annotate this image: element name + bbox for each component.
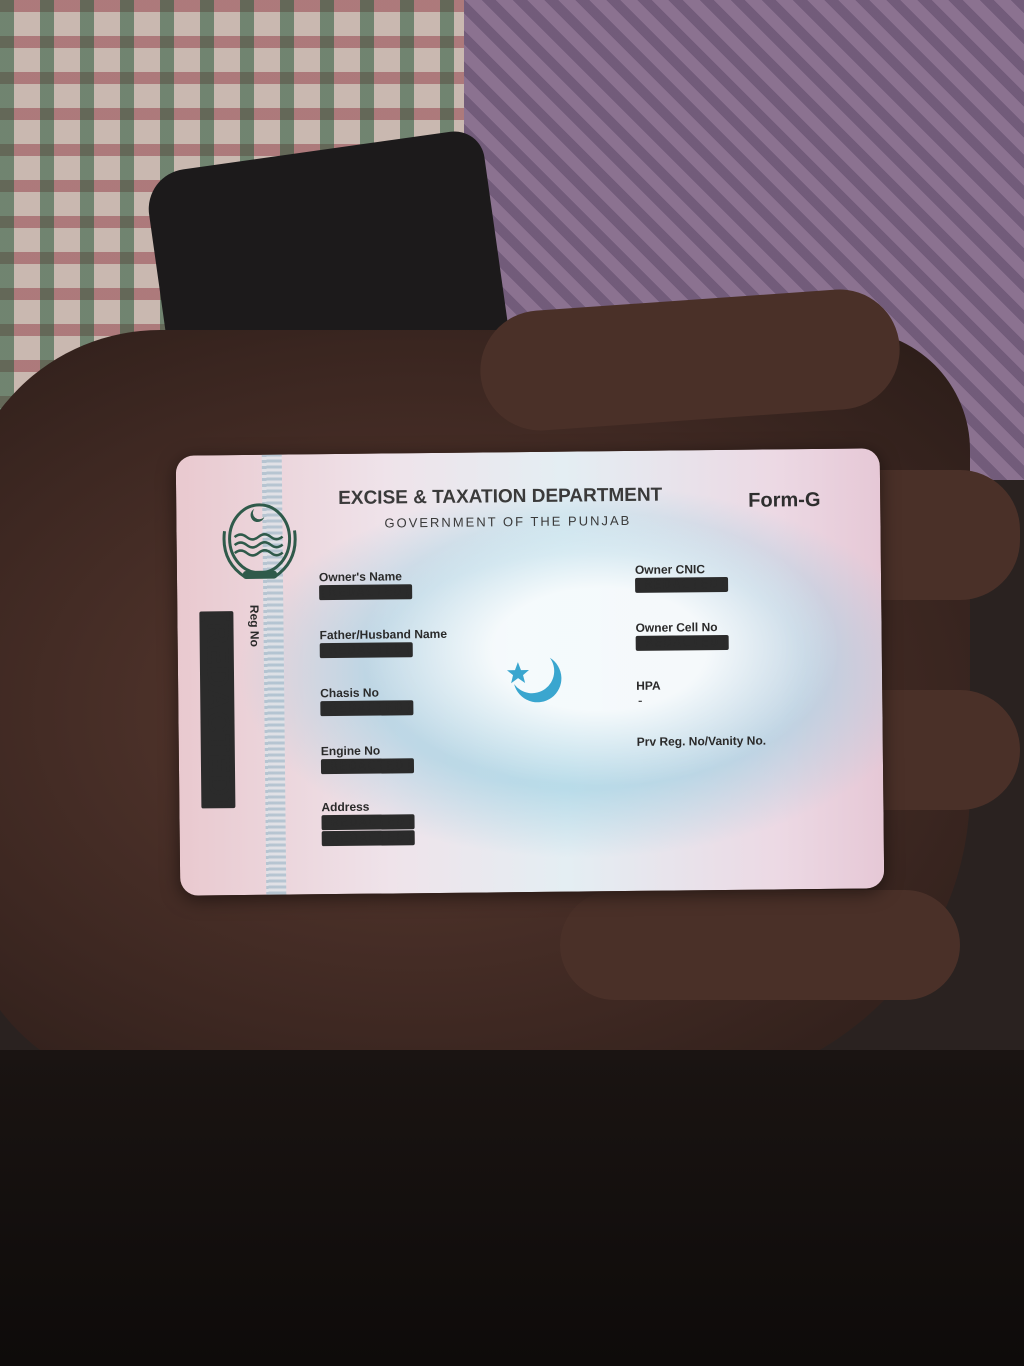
finger	[560, 890, 960, 1000]
vehicle-registration-card: Reg No [REDACTED] EXCISE & TAXATION DEPA…	[176, 448, 885, 895]
father-husband-name-field: Father/Husband Name [REDACTED]	[320, 627, 448, 658]
engine-no-field: Engine No [REDACTED]	[321, 743, 415, 774]
hpa-label: HPA	[636, 679, 661, 693]
chassis-no-label: Chasis No	[320, 685, 413, 700]
owner-name-value: [REDACTED]	[319, 584, 412, 600]
owner-cnic-label: Owner CNIC	[635, 562, 728, 577]
hpa-value: -	[636, 694, 661, 709]
owner-cnic-value: [REDACTED]	[635, 577, 728, 593]
father-husband-name-label: Father/Husband Name	[320, 627, 447, 642]
owner-name-label: Owner's Name	[319, 569, 412, 584]
reg-no-label: Reg No	[247, 605, 261, 647]
owner-cell-no-value: [REDACTED]	[636, 635, 729, 651]
address-value-line1: [REDACTED]	[321, 814, 414, 830]
form-label: Form-G	[748, 489, 820, 513]
reg-no-value: [REDACTED]	[199, 611, 235, 808]
department-title: EXCISE & TAXATION DEPARTMENT	[338, 485, 662, 510]
engine-no-label: Engine No	[321, 743, 414, 758]
crescent-star-watermark-icon	[504, 648, 565, 709]
reg-no-block: Reg No [REDACTED]	[197, 605, 270, 856]
owner-cell-no-label: Owner Cell No	[635, 620, 728, 635]
government-subtitle: GOVERNMENT OF THE PUNJAB	[384, 513, 631, 531]
owner-cell-no-field: Owner Cell No [REDACTED]	[635, 620, 729, 651]
address-label: Address	[321, 799, 414, 814]
engine-no-value: [REDACTED]	[321, 758, 414, 774]
address-value-line2: [REDACTED]	[322, 830, 415, 846]
chassis-no-field: Chasis No [REDACTED]	[320, 685, 414, 716]
owner-cnic-field: Owner CNIC [REDACTED]	[635, 562, 729, 593]
prv-reg-no-label: Prv Reg. No/Vanity No.	[637, 734, 767, 749]
punjab-government-emblem-icon	[216, 490, 303, 587]
background-dark-fabric	[0, 1050, 1024, 1366]
prv-reg-no-value	[637, 749, 766, 750]
chassis-no-value: [REDACTED]	[320, 700, 413, 716]
father-husband-name-value: [REDACTED]	[320, 642, 448, 658]
hpa-field: HPA -	[636, 679, 661, 709]
prv-reg-no-field: Prv Reg. No/Vanity No.	[637, 734, 767, 750]
address-field: Address [REDACTED] [REDACTED]	[321, 799, 415, 846]
owner-name-field: Owner's Name [REDACTED]	[319, 569, 413, 600]
